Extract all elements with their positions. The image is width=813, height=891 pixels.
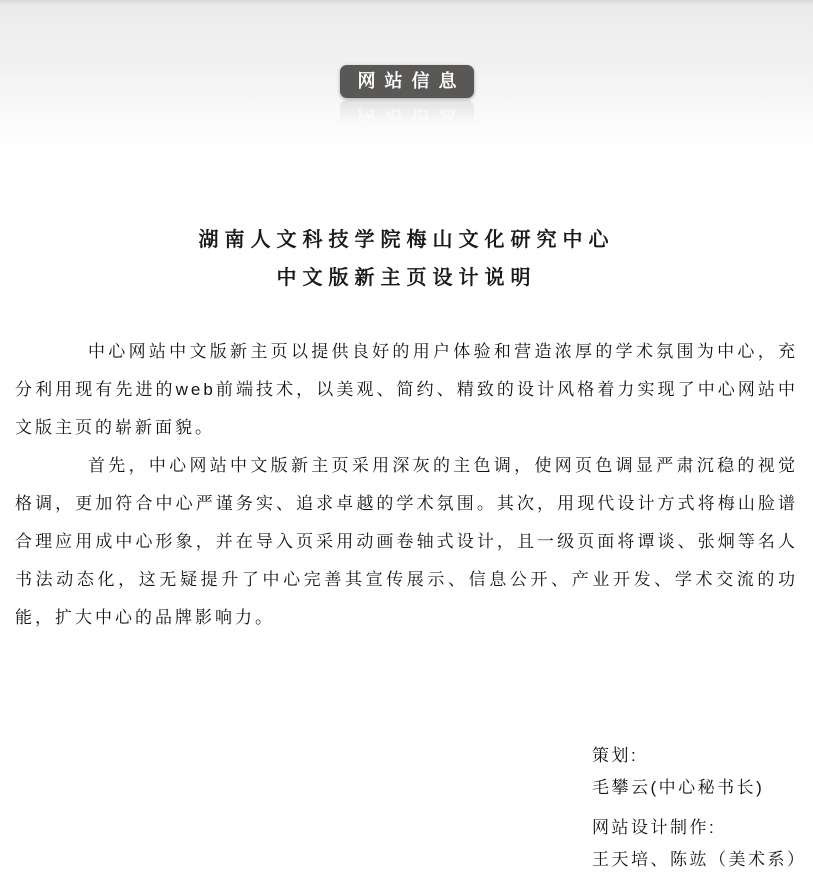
credits-block: 策划: 毛攀云(中心秘书长) 网站设计制作: 王天培、陈竑（美术系） xyxy=(592,740,813,876)
section-badge: 网站信息 xyxy=(340,65,474,98)
description-text: 中心网站中文版新主页以提供良好的用户体验和营造浓厚的学术氛围为中心，充分利用现有… xyxy=(15,333,798,637)
paragraph-design-details: 首先，中心网站中文版新主页采用深灰的主色调，使网页色调显严肃沉稳的视觉格调，更加… xyxy=(15,447,798,637)
credit-group-design: 网站设计制作: 王天培、陈竑（美术系） xyxy=(592,812,813,876)
section-badge-label: 网站信息 xyxy=(358,71,466,91)
paragraph-overview: 中心网站中文版新主页以提供良好的用户体验和营造浓厚的学术氛围为中心，充分利用现有… xyxy=(15,333,798,447)
credit-planning-name: 毛攀云(中心秘书长) xyxy=(592,772,813,804)
credit-planning-label: 策划: xyxy=(592,740,813,772)
credit-group-planning: 策划: 毛攀云(中心秘书长) xyxy=(592,740,813,804)
page-header: 网站信息 网站信息 xyxy=(0,0,813,160)
section-badge-reflection: 网站信息 xyxy=(340,100,474,133)
website-info-page: 网站信息 网站信息 湖南人文科技学院梅山文化研究中心 中文版新主页设计说明 中心… xyxy=(0,0,813,891)
page-title-line-2: 中文版新主页设计说明 xyxy=(0,259,813,297)
page-title-line-1: 湖南人文科技学院梅山文化研究中心 xyxy=(0,221,813,259)
credit-design-names: 王天培、陈竑（美术系） xyxy=(592,844,813,876)
page-title: 湖南人文科技学院梅山文化研究中心 中文版新主页设计说明 xyxy=(0,221,813,297)
section-badge-reflection-text: 网站信息 xyxy=(358,107,466,127)
credit-design-label: 网站设计制作: xyxy=(592,812,813,844)
